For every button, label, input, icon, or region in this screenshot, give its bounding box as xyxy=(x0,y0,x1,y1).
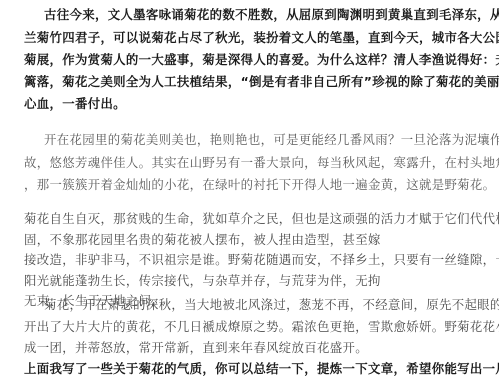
closing-request-line: 上面我写了一些关于菊花的气质，你可以总结一下，提炼一下文章，希望你能写出一片满意… xyxy=(24,362,499,376)
paragraph-line: 故，悠悠芳魂伴佳人。其实在山野另有一番大景向，每当秋风起，寒露升，在村头地角，在… xyxy=(24,156,499,170)
document-page: 古往今来，文人墨客咏诵菊花的数不胜数，从屈原到陶渊明到黄巢直到毛泽东，从岁寒三友… xyxy=(0,0,499,377)
paragraph-line: 固，不象那花园里名贵的菊花被人摆布，被人捏由造型，甚至嫁 xyxy=(24,233,381,247)
paragraph-line: 兰菊竹四君子，可以说菊花占尽了秋光，装扮着文人的笔墨，直到今天，城市各大公园无不… xyxy=(24,31,499,45)
paragraph-line: 开出了大片大片的黄花，不几日褫成燎原之势。霜浓色更艳，雪欺愈娇妍。野菊花花小花碎… xyxy=(24,320,499,334)
paragraph-line: 开在花园里的菊花美则美也，艳则艳也，可是更能经几番风雨？一旦沦落为泥壤作尘，只有… xyxy=(44,133,499,147)
paragraph-line: 菊展，作为赏菊人的一大盛事，菊是深得人的喜爱。为什么这样？清人李渔说得好：夭桃之… xyxy=(24,53,499,67)
paragraph-line: 阳光就能蓬勃生长，传宗接代，与杂草并存，与荒芽为伴，无拘 xyxy=(24,274,381,288)
paragraph-line: 菊花，开在萧瑟的深秋，当大地被北风涤过，葱茏不再，不经意间，原先不起眼的小灌木，… xyxy=(44,298,499,312)
paragraph-line: 菊花自生自灭，那贫贱的生命，犹如草介之民，但也是这顽强的活力才赋于它们代代相传，… xyxy=(24,212,499,226)
paragraph-line: 古往今来，文人墨客咏诵菊花的数不胜数，从屈原到陶渊明到黄巢直到毛泽东，从岁寒三友… xyxy=(44,8,499,22)
paragraph-line: 成一团，并蒂怒放，常开常新，直到来年春风绽放百花盛开。 xyxy=(24,341,368,355)
paragraph-line: 接改造，非驴非马，不识祖宗是谁。野菊花随遇而安，不择乡土，只要有一丝缝隙，一点水… xyxy=(24,253,499,267)
paragraph-line: ，那一簇簇开着金灿灿的小花，在绿叶的衬托下开得人地一遍金黄，这就是野菊花。 xyxy=(24,178,495,192)
paragraph-line: 篱落，菊花之美则全为人工扶植结果，“倒是有者非自己所有”珍视的除了菊花的美丽，则… xyxy=(24,75,499,89)
paragraph-line: 心血，一番付出。 xyxy=(24,97,126,111)
